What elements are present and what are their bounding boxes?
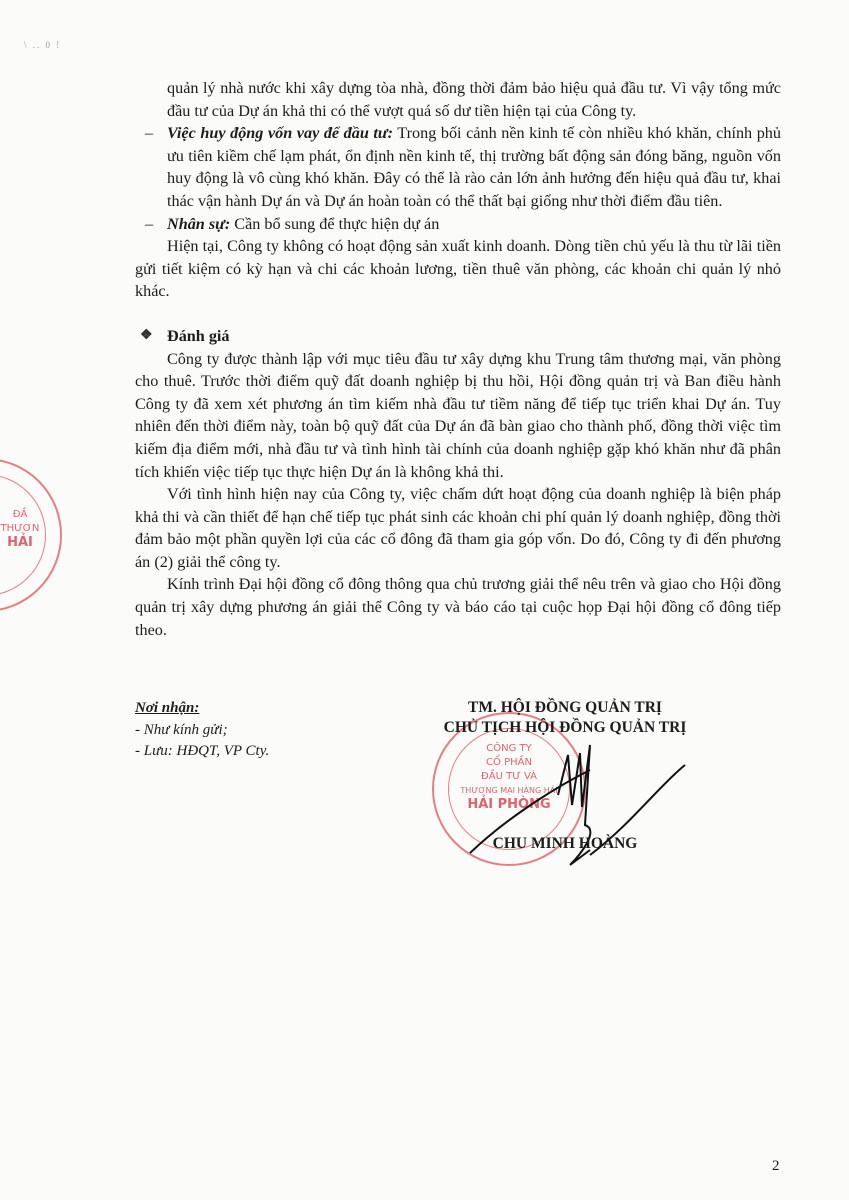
bullet-personnel: –Nhân sự: Cần bổ sung để thực hiện dự án: [135, 213, 781, 236]
document-page: \ .. 0 ! ĐẦ THƯƠN HẢI quản lý nhà nước k…: [0, 0, 849, 1200]
recipients-title: Nơi nhận:: [135, 698, 269, 720]
dash-bullet: –: [145, 213, 153, 236]
bullet-label: Việc huy động vốn vay để đầu tư:: [167, 124, 393, 142]
signature-title-block: TM. HỘI ĐỒNG QUẢN TRỊ CHỦ TỊCH HỘI ĐỒNG …: [430, 698, 700, 738]
page-number: 2: [772, 1158, 780, 1175]
assessment-title: Đánh giá: [167, 327, 230, 345]
handwritten-signature-icon: [440, 735, 700, 875]
recipient-item: - Lưu: HĐQT, VP Cty.: [135, 741, 269, 763]
signer-name: CHU MINH HOÀNG: [430, 835, 700, 853]
side-stamp-line: THƯƠN: [0, 522, 60, 536]
side-stamp-line: ĐẦ: [0, 508, 60, 522]
diamond-bullet-icon: ❖: [140, 325, 153, 348]
recipient-item: - Như kính gửi;: [135, 720, 269, 742]
bullet-loan-capital: –Việc huy động vốn vay để đầu tư: Trong …: [135, 122, 781, 212]
assessment-paragraph: Với tình hình hiện nay của Công ty, việc…: [135, 483, 781, 573]
assessment-heading: ❖Đánh giá: [135, 325, 781, 348]
dash-bullet: –: [145, 122, 153, 145]
document-body: quản lý nhà nước khi xây dựng tòa nhà, đ…: [135, 77, 781, 641]
scan-artifact: \ .. 0 !: [24, 40, 61, 50]
side-stamp-icon: ĐẦ THƯƠN HẢI: [0, 458, 62, 612]
assessment-paragraph: Công ty được thành lập với mục tiêu đầu …: [135, 348, 781, 484]
bullet-text: Cần bổ sung để thực hiện dự án: [230, 215, 439, 233]
staff-paragraph: Hiện tại, Công ty không có hoạt động sản…: [135, 235, 781, 303]
signature-title-line: TM. HỘI ĐỒNG QUẢN TRỊ: [430, 698, 700, 718]
continuation-paragraph: quản lý nhà nước khi xây dựng tòa nhà, đ…: [135, 77, 781, 122]
assessment-paragraph: Kính trình Đại hội đồng cổ đông thông qu…: [135, 573, 781, 641]
recipients-block: Nơi nhận: - Như kính gửi; - Lưu: HĐQT, V…: [135, 698, 269, 763]
bullet-label: Nhân sự:: [167, 215, 230, 233]
side-stamp-line: HẢI: [0, 536, 60, 550]
